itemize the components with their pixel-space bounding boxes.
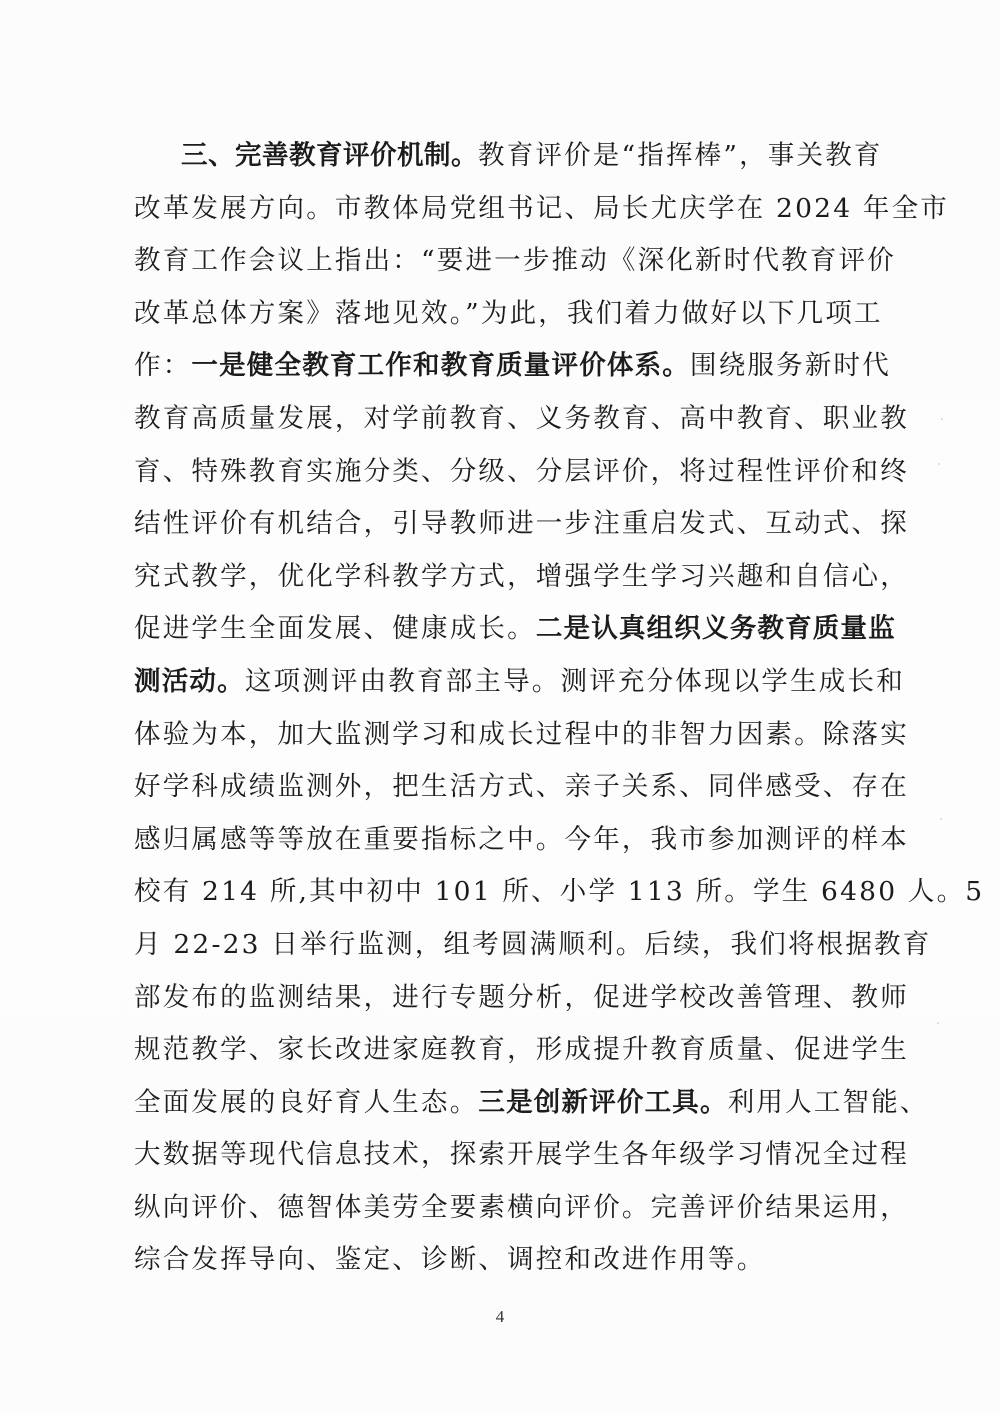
section-body: 三、完善教育评价机制。教育评价是“指挥棒”，事关教育 改革发展方向。市教体局党组…	[134, 130, 862, 1287]
text-line-3: 教育工作会议上指出：“要进一步推动《深化新时代教育评价	[134, 235, 862, 288]
document-page: 三、完善教育评价机制。教育评价是“指挥棒”，事关教育 改革发展方向。市教体局党组…	[0, 0, 1000, 1415]
text-line-18: 规范教学、家长改进家庭教育，形成提升教育质量、促进学生	[134, 1024, 862, 1077]
text-line-22: 综合发挥导向、鉴定、诊断、调控和改进作用等。	[134, 1234, 862, 1287]
point-three-heading: 三是创新评价工具。	[478, 1087, 727, 1118]
point-one-heading: 一是健全教育工作和教育质量评价体系。	[191, 350, 690, 381]
text-line-19: 全面发展的良好育人生态。三是创新评价工具。利用人工智能、	[134, 1077, 862, 1130]
text-line-8: 结性评价有机结合，引导教师进一步注重启发式、互动式、探	[134, 498, 862, 551]
text-line-15: 校有 214 所,其中初中 101 所、小学 113 所。学生 6480 人。5	[134, 866, 862, 919]
scan-speck	[941, 418, 943, 420]
page-number: 4	[0, 1307, 1000, 1327]
text-line-1: 三、完善教育评价机制。教育评价是“指挥棒”，事关教育	[134, 130, 862, 183]
text-line-2: 改革发展方向。市教体局党组书记、局长尤庆学在 2024 年全市	[134, 183, 862, 236]
text-line-4: 改革总体方案》落地见效。”为此，我们着力做好以下几项工	[134, 288, 862, 341]
text-line-21: 纵向评价、德智体美劳全要素横向评价。完善评价结果运用，	[134, 1182, 862, 1235]
scan-speck	[938, 463, 940, 465]
scan-speck	[940, 818, 942, 820]
text-line-12: 体验为本，加大监测学习和成长过程中的非智力因素。除落实	[134, 709, 862, 762]
text-line-10: 促进学生全面发展、健康成长。二是认真组织义务教育质量监	[134, 603, 862, 656]
text-line-16: 月 22-23 日举行监测，组考圆满顺利。后续，我们将根据教育	[134, 919, 862, 972]
text-line-14: 感归属感等等放在重要指标之中。今年，我市参加测评的样本	[134, 814, 862, 867]
text-line-5: 作：一是健全教育工作和教育质量评价体系。围绕服务新时代	[134, 340, 862, 393]
text-line-6: 教育高质量发展，对学前教育、义务教育、高中教育、职业教	[134, 393, 862, 446]
section-heading: 三、完善教育评价机制。	[181, 140, 478, 171]
text-line-17: 部发布的监测结果，进行专题分析，促进学校改善管理、教师	[134, 972, 862, 1025]
scan-speck	[937, 1022, 939, 1024]
text-line-13: 好学科成绩监测外，把生活方式、亲子关系、同伴感受、存在	[134, 761, 862, 814]
point-two-heading-end: 测活动。	[134, 666, 245, 697]
point-two-heading-start: 二是认真组织义务教育质量监	[536, 613, 896, 644]
text-line-7: 育、特殊教育实施分类、分级、分层评价，将过程性评价和终	[134, 446, 862, 499]
text-line-9: 究式教学，优化学科教学方式，增强学生学习兴趣和自信心，	[134, 551, 862, 604]
text-line-11: 测活动。这项测评由教育部主导。测评充分体现以学生成长和	[134, 656, 862, 709]
text-line-20: 大数据等现代信息技术，探索开展学生各年级学习情况全过程	[134, 1129, 862, 1182]
